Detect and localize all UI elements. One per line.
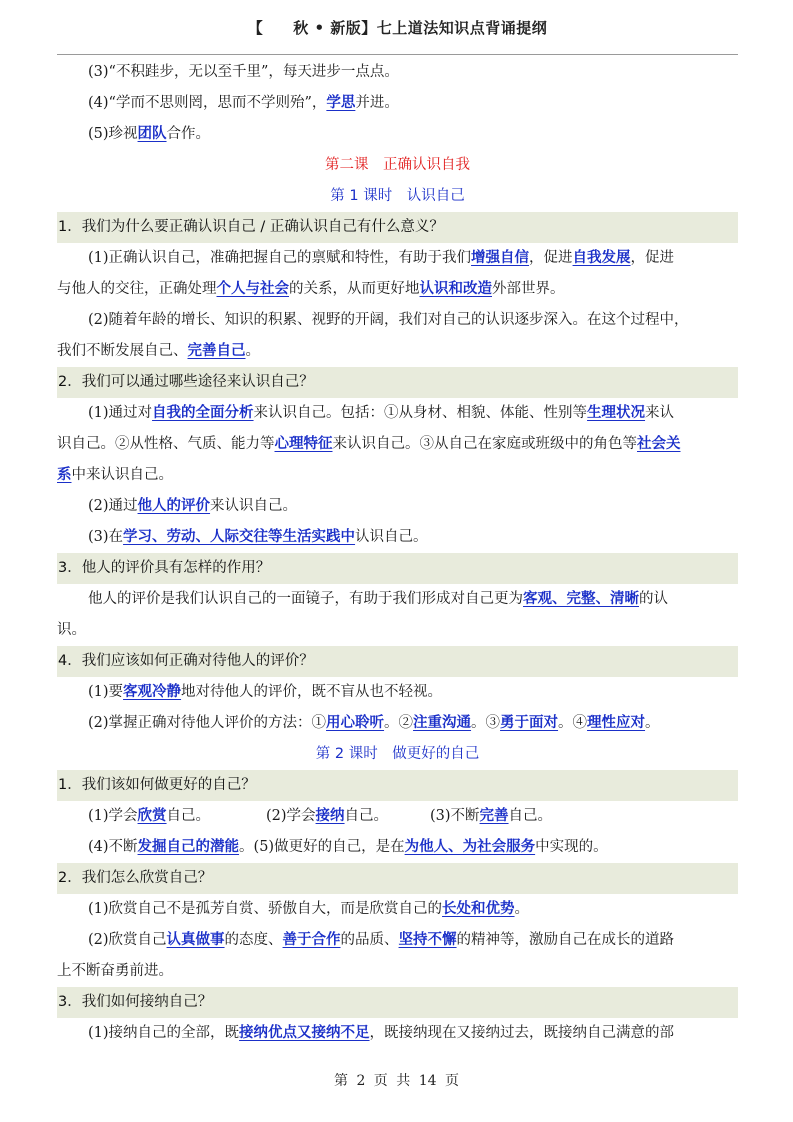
keyword: 欣赏 [138,808,167,824]
keyword: 系 [57,467,72,483]
keyword: 自我发展 [573,250,631,266]
period-title-1: 第 1 课时 认识自己 [57,181,738,212]
keyword: 完善 [480,808,509,824]
header-title: 【秋 • 新版】七上道法知识点背诵提纲 [57,17,738,38]
keyword: 客观、完整、清晰 [523,591,639,607]
keyword: 接纳 [316,808,345,824]
keyword: 他人的评价 [138,498,211,514]
keyword: 勇于面对 [500,715,558,731]
keyword: 坚持不懈 [399,932,457,948]
keyword: 认真做事 [167,932,225,948]
keyword: 注重沟通 [413,715,471,731]
answer-line: (4)不断发掘自己的潜能。(5)做更好的自己，是在为他人、为社会服务中实现的。 [57,832,738,863]
keyword: 善于合作 [283,932,341,948]
question-heading: 3．他人的评价具有怎样的作用？ [57,553,738,584]
keyword: 客观冷静 [123,684,181,700]
keyword: 认识和改造 [420,281,493,297]
keyword: 用心聆听 [326,715,384,731]
keyword: 学习、劳动、人际交往等生活实践中 [123,529,355,545]
keyword: 理性应对 [587,715,645,731]
answer-line: (1)正确认识自己，准确把握自己的禀赋和特性，有助于我们增强自信，促进自我发展，… [57,243,738,274]
intro-item-5: (5)珍视团队合作。 [57,119,738,150]
intro-item-3: (3)“不积跬步，无以至千里”，每天进步一点点。 [57,57,738,88]
answer-line: 系中来认识自己。 [57,460,738,491]
keyword: 团队 [138,126,167,142]
answer-line: 上不断奋勇前进。 [57,956,738,987]
intro-item-4: (4)“学而不思则罔，思而不学则殆”，学思并进。 [57,88,738,119]
answer-line: (1)学会欣赏自己。(2)学会接纳自己。(3)不断完善自己。 [57,801,738,832]
answer-line: 与他人的交往，正确处理个人与社会的关系，从而更好地认识和改造外部世界。 [57,274,738,305]
period-title-2: 第 2 课时 做更好的自己 [57,739,738,770]
keyword: 学思 [326,95,355,111]
answer-line: 我们不断发展自己、完善自己。 [57,336,738,367]
answer-line: (1)欣赏自己不是孤芳自赏、骄傲自大，而是欣赏自己的长处和优势。 [57,894,738,925]
answer-line: (2)通过他人的评价来认识自己。 [57,491,738,522]
answer-line: (2)欣赏自己认真做事的态度、善于合作的品质、坚持不懈的精神等，激励自己在成长的… [57,925,738,956]
keyword: 心理特征 [275,436,333,452]
question-heading: 4．我们应该如何正确对待他人的评价？ [57,646,738,677]
keyword: 完善自己 [188,343,246,359]
keyword: 社会关 [637,436,681,452]
keyword: 发掘自己的潜能 [138,839,240,855]
keyword: 长处和优势 [442,901,515,917]
answer-line: 识。 [57,615,738,646]
question-heading: 2．我们可以通过哪些途径来认识自己？ [57,367,738,398]
answer-line: (3)在学习、劳动、人际交往等生活实践中认识自己。 [57,522,738,553]
keyword: 生理状况 [587,405,645,421]
header-title-right: 秋 • 新版】七上道法知识点背诵提纲 [293,19,547,37]
answer-line: (2)随着年龄的增长、知识的积累、视野的开阔，我们对自己的认识逐步深入。在这个过… [57,305,738,336]
answer-line: (2)掌握正确对待他人评价的方法：①用心聆听。②注重沟通。③勇于面对。④理性应对… [57,708,738,739]
document-body: (3)“不积跬步，无以至千里”，每天进步一点点。 (4)“学而不思则罔，思而不学… [57,57,738,1049]
keyword: 为他人、为社会服务 [405,839,536,855]
question-heading: 1．我们该如何做更好的自己？ [57,770,738,801]
answer-line: (1)要客观冷静地对待他人的评价，既不盲从也不轻视。 [57,677,738,708]
keyword: 自我的全面分析 [152,405,254,421]
answer-line: (1)接纳自己的全部，既接纳优点又接纳不足，既接纳现在又接纳过去，既接纳自己满意… [57,1018,738,1049]
keyword: 个人与社会 [217,281,290,297]
answer-line: (1)通过对自我的全面分析来认识自己。包括：①从身材、相貌、体能、性别等生理状况… [57,398,738,429]
keyword: 接纳优点又接纳不足 [239,1025,370,1041]
page-number: 第 2 页 共 14 页 [0,1070,793,1090]
answer-line: 识自己。②从性格、气质、能力等心理特征来认识自己。③从自己在家庭或班级中的角色等… [57,429,738,460]
header-title-left: 【 [248,19,264,37]
question-heading: 1．我们为什么要正确认识自己 / 正确认识自己有什么意义？ [57,212,738,243]
keyword: 增强自信 [471,250,529,266]
answer-line: 他人的评价是我们认识自己的一面镜子，有助于我们形成对自己更为客观、完整、清晰的认 [57,584,738,615]
lesson-title: 第二课 正确认识自我 [57,150,738,181]
page-header: 【秋 • 新版】七上道法知识点背诵提纲 [57,0,738,55]
question-heading: 3．我们如何接纳自己？ [57,987,738,1018]
question-heading: 2．我们怎么欣赏自己？ [57,863,738,894]
